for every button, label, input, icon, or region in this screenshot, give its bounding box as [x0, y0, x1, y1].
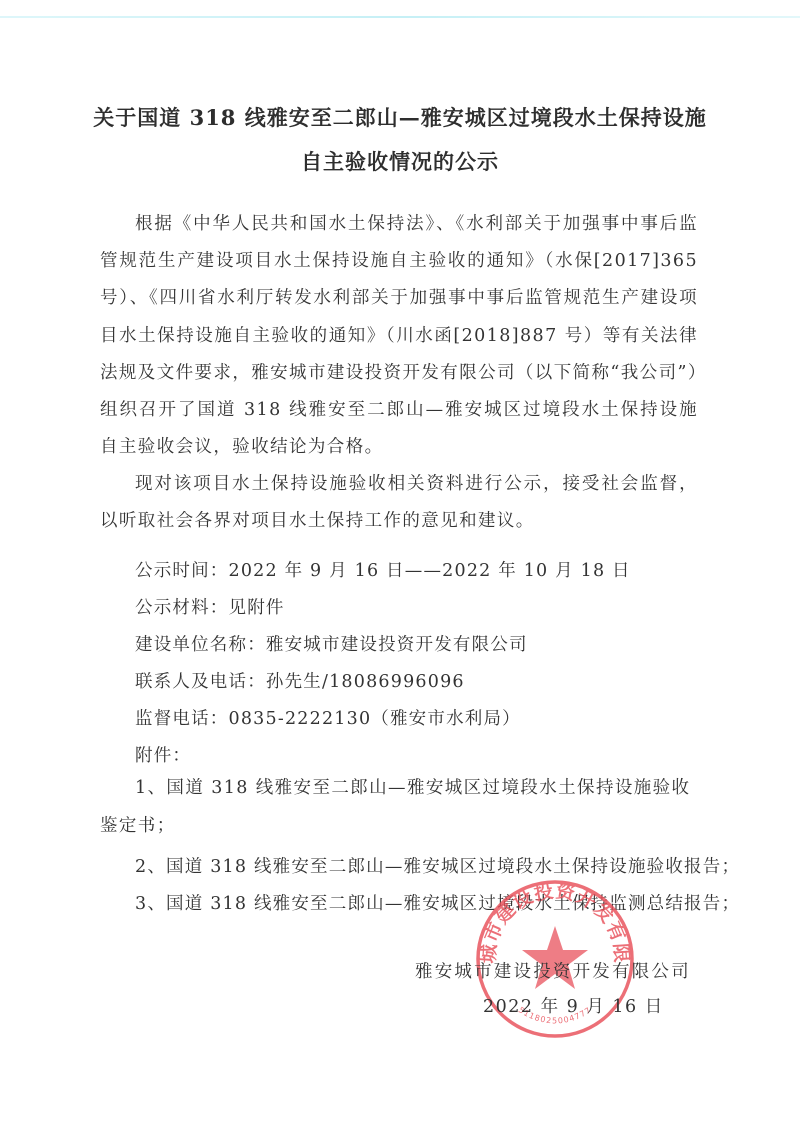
- attachment-item-2: 2、国道 318 线雅安至二郎山—雅安城区过境段水土保持设施验收报告；: [135, 853, 740, 878]
- signature-company: 雅安城市建设投资开发有限公司: [415, 958, 691, 983]
- signature-date: 2022 年 9 月 16 日: [483, 993, 664, 1018]
- body-paragraph-basis: 根据《中华人民共和国水土保持法》、《水利部关于加强事中事后监管规范生产建设项目水…: [100, 206, 698, 466]
- scan-artifact-line: [0, 16, 800, 18]
- contact-person-phone: 联系人及电话：孙先生/18086996096: [135, 668, 465, 693]
- document-title-line-2: 自主验收情况的公示: [0, 146, 800, 176]
- paragraph-2: 现对该项目水土保持设施验收相关资料进行公示，接受社会监督，以听取社会各界对项目水…: [100, 466, 698, 540]
- publicity-materials: 公示材料：见附件: [135, 594, 285, 619]
- publicity-period: 公示时间：2022 年 9 月 16 日——2022 年 10 月 18 日: [135, 557, 631, 582]
- construction-unit: 建设单位名称：雅安城市建设投资开发有限公司: [135, 631, 528, 656]
- attachment-item-3: 3、国道 318 线雅安至二郎山—雅安城区过境段水土保持监测总结报告；: [135, 890, 740, 915]
- paragraph-1: 根据《中华人民共和国水土保持法》、《水利部关于加强事中事后监管规范生产建设项目水…: [100, 206, 698, 466]
- body-paragraph-notice: 现对该项目水土保持设施验收相关资料进行公示，接受社会监督，以听取社会各界对项目水…: [100, 466, 698, 540]
- supervision-phone: 监督电话：0835-2222130（雅安市水利局）: [135, 705, 521, 730]
- document-title-line-1: 关于国道 318 线雅安至二郎山—雅安城区过境段水土保持设施: [0, 102, 800, 132]
- attachments-label: 附件：: [135, 742, 191, 767]
- attachment-item-1: 1、国道 318 线雅安至二郎山—雅安城区过境段水土保持设施验收鉴定书；: [100, 770, 698, 845]
